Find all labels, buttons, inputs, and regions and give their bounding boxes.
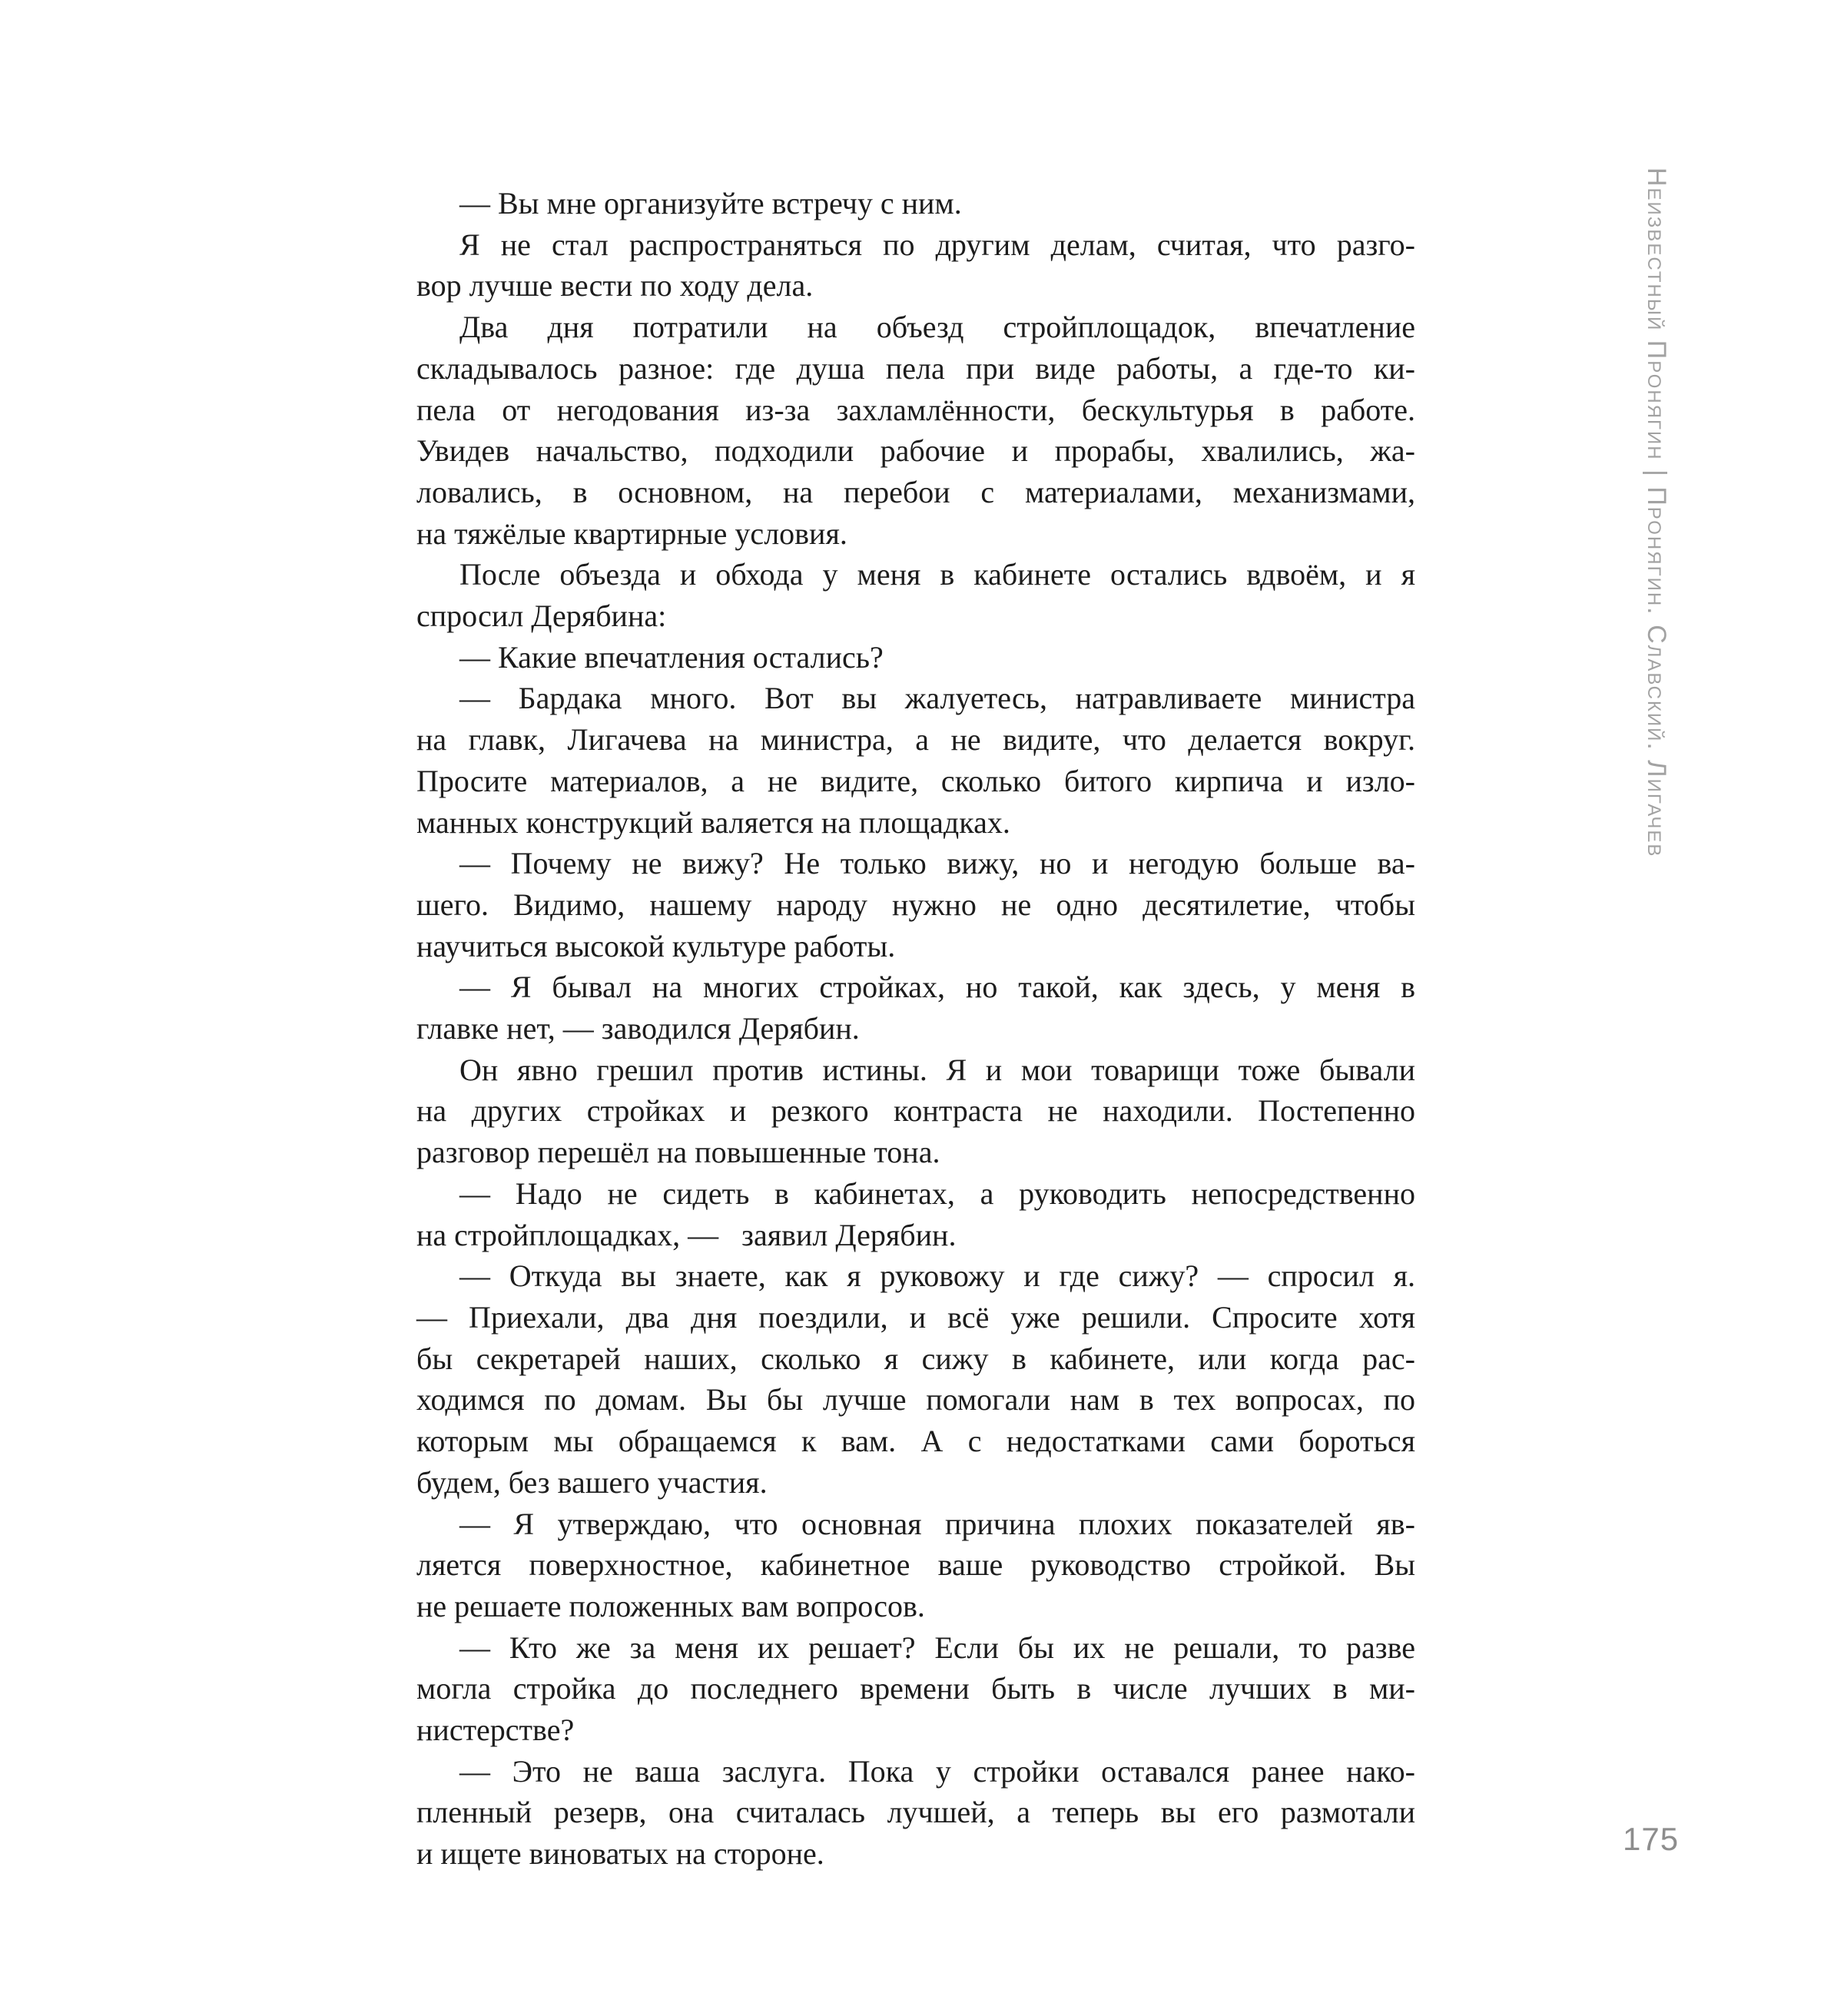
text-line: на других стройках и резкого контраста н…: [416, 1090, 1415, 1132]
text-line: — Вы мне организуйте встречу с ним.: [416, 183, 1415, 224]
paragraph: — Какие впечатления остались?: [416, 637, 1415, 678]
text-line: бы секретарей наших, сколько я сижу в ка…: [416, 1338, 1415, 1380]
paragraph: — Это не ваша заслуга. Пока у стройки ос…: [416, 1751, 1415, 1875]
text-line: на тяжёлые квартирные условия.: [416, 513, 1415, 555]
paragraph: Он явно грешил против истины. Я и мои то…: [416, 1049, 1415, 1173]
text-line: — Приехали, два дня поездили, и всё уже …: [416, 1297, 1415, 1338]
text-line: научиться высокой культуре работы.: [416, 926, 1415, 967]
text-line: спросил Дерябина:: [416, 595, 1415, 637]
text-line: — Это не ваша заслуга. Пока у стройки ос…: [416, 1751, 1415, 1792]
text-line: Я не стал распространяться по другим дел…: [416, 224, 1415, 266]
paragraph: — Я утверждаю, что основная причина плох…: [416, 1504, 1415, 1627]
paragraph: — Я бывал на многих стройках, но такой, …: [416, 967, 1415, 1049]
text-line: которым мы обращаемся к вам. А с недоста…: [416, 1421, 1415, 1462]
paragraph: — Надо не сидеть в кабинетах, а руководи…: [416, 1173, 1415, 1255]
text-line: — Какие впечатления остались?: [416, 637, 1415, 678]
text-line: — Кто же за меня их решает? Если бы их н…: [416, 1627, 1415, 1669]
text-line: складывалось разное: где душа пела при в…: [416, 348, 1415, 390]
text-line: нистерстве?: [416, 1709, 1415, 1751]
text-line: — Надо не сидеть в кабинетах, а руководи…: [416, 1173, 1415, 1215]
text-line: — Я утверждаю, что основная причина плох…: [416, 1504, 1415, 1545]
text-line: манных конструкций валяется на площадках…: [416, 802, 1415, 844]
text-line: не решаете положенных вам вопросов.: [416, 1586, 1415, 1627]
text-line: Он явно грешил против истины. Я и мои то…: [416, 1049, 1415, 1091]
text-line: ловались, в основном, на перебои с матер…: [416, 472, 1415, 513]
text-line: Просите материалов, а не видите, сколько…: [416, 761, 1415, 802]
paragraph: — Почему не вижу? Не только вижу, но и н…: [416, 843, 1415, 967]
text-line: ляется поверхностное, кабинетное ваше ру…: [416, 1544, 1415, 1586]
text-line: на главк, Лигачева на министра, а не вид…: [416, 719, 1415, 761]
paragraph: После объезда и обхода у меня в кабинете…: [416, 554, 1415, 636]
paragraph: Два дня потратили на объезд стройплощадо…: [416, 307, 1415, 554]
text-line: Два дня потратили на объезд стройплощадо…: [416, 307, 1415, 348]
paragraph: — Вы мне организуйте встречу с ним.: [416, 183, 1415, 224]
text-line: — Бардака много. Вот вы жалуетесь, натра…: [416, 678, 1415, 719]
text-line: Увидев начальство, подходили рабочие и п…: [416, 430, 1415, 472]
paragraph: — Откуда вы знаете, как я руковожу и где…: [416, 1255, 1415, 1503]
text-line: После объезда и обхода у меня в кабинете…: [416, 554, 1415, 595]
text-line: ходимся по домам. Вы бы лучше помогали н…: [416, 1379, 1415, 1421]
text-line: могла стройка до последнего времени быть…: [416, 1668, 1415, 1709]
body-text: — Вы мне организуйте встречу с ним.Я не …: [416, 183, 1415, 1875]
text-line: главке нет, — заводился Дерябин.: [416, 1008, 1415, 1049]
paragraph: — Кто же за меня их решает? Если бы их н…: [416, 1627, 1415, 1751]
text-line: на стройплощадках, — заявил Дерябин.: [416, 1215, 1415, 1256]
text-line: вор лучше вести по ходу дела.: [416, 265, 1415, 307]
book-page: — Вы мне организуйте встречу с ним.Я не …: [0, 0, 1844, 2016]
text-line: и ищете виноватых на стороне.: [416, 1833, 1415, 1875]
running-header-vertical: Неизвестный Пронягин | Пронягин. Славски…: [1641, 167, 1671, 874]
text-line: шего. Видимо, нашему народу нужно не одн…: [416, 884, 1415, 926]
text-line: — Откуда вы знаете, как я руковожу и где…: [416, 1255, 1415, 1297]
paragraph: Я не стал распространяться по другим дел…: [416, 224, 1415, 307]
paragraph: — Бардака много. Вот вы жалуетесь, натра…: [416, 678, 1415, 843]
text-line: пленный резерв, она считалась лучшей, а …: [416, 1792, 1415, 1833]
text-line: — Я бывал на многих стройках, но такой, …: [416, 967, 1415, 1008]
text-line: разговор перешёл на повышенные тона.: [416, 1132, 1415, 1173]
page-number: 175: [1623, 1821, 1679, 1858]
text-line: будем, без вашего участия.: [416, 1462, 1415, 1504]
text-line: пела от негодования из-за захламлённости…: [416, 390, 1415, 431]
text-line: — Почему не вижу? Не только вижу, но и н…: [416, 843, 1415, 884]
